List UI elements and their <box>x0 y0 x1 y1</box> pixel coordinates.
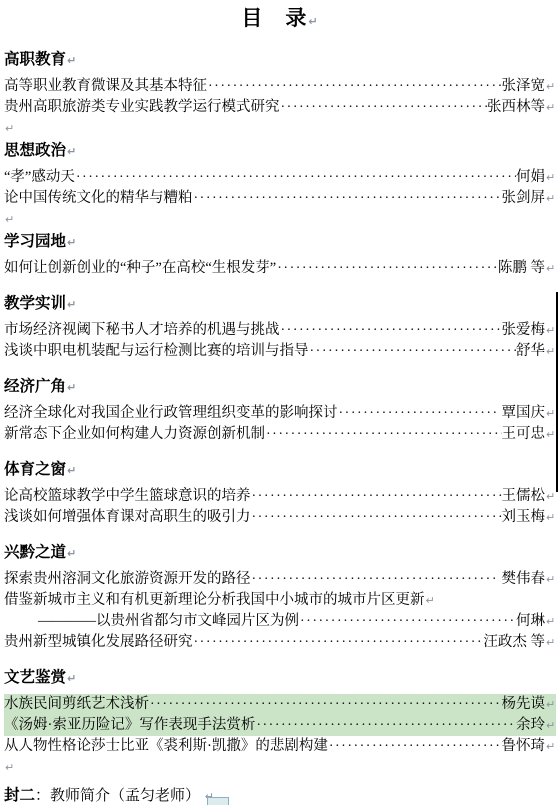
pilcrow-mark: ↵ <box>66 54 76 67</box>
section-heading-label: 教学实训 <box>4 295 66 312</box>
pilcrow-mark: ↵ <box>4 213 14 226</box>
toc-entry: “孝”感动天··································… <box>4 167 556 188</box>
section-heading: 高职教育↵ <box>4 50 556 70</box>
pilcrow-mark: ↵ <box>66 547 76 560</box>
toc-entry: 借鉴新城市主义和有机更新理论分析我国中小城市的城市片区更新↵ <box>4 590 556 611</box>
pilcrow-mark: ↵ <box>545 320 556 341</box>
toc-entry-author: 张爱梅 <box>502 320 546 341</box>
dot-leader: ········································… <box>280 320 502 341</box>
toc-entry: ————以贵州省都匀市文峰园片区为例······················… <box>4 611 556 632</box>
toc-entry-title: 借鉴新城市主义和有机更新理论分析我国中小城市的城市片区更新 <box>4 590 425 611</box>
dot-leader: ········································… <box>276 258 498 279</box>
blank-line: ↵ <box>4 757 556 777</box>
pilcrow-mark: ↵ <box>545 76 556 97</box>
dot-leader: ········································… <box>255 715 516 736</box>
toc-entry-author: 舒华 <box>516 341 545 362</box>
toc-entry-author: 王儒松 <box>502 486 546 507</box>
dot-leader: ········································… <box>193 632 484 653</box>
cover-note-label: 封二 <box>4 787 35 804</box>
toc-entry-author: 杨先谟 <box>502 694 546 715</box>
toc-entry: 市场经济视阈下秘书人才培养的机遇与挑战·····················… <box>4 320 556 341</box>
toc-entry: 探索贵州溶洞文化旅游资源开发的路径·······················… <box>4 569 556 590</box>
toc-entry-title: ————以贵州省都匀市文峰园片区为例 <box>38 611 299 632</box>
pilcrow-mark: ↵ <box>545 403 556 424</box>
toc-entry-title: 探索贵州溶洞文化旅游资源开发的路径 <box>4 569 251 590</box>
dot-leader: ········································… <box>251 486 502 507</box>
toc-entry: 浅谈如何增强体育课对高职生的吸引力·······················… <box>4 507 556 528</box>
dot-leader: ········································… <box>207 76 502 97</box>
toc-entry-title: 如何让创新创业的“种子”在高校“生根发芽” <box>4 258 276 279</box>
section-heading-label: 学习园地 <box>4 233 66 250</box>
pilcrow-mark: ↵ <box>66 381 76 394</box>
toc-entry-author: 鲁怀琦 <box>502 736 546 757</box>
toc-page: 目 录↵ 高职教育↵高等职业教育微课及其基本特征················… <box>0 0 558 805</box>
toc-entry-title: 水族民间剪纸艺术浅析 <box>4 694 149 715</box>
pilcrow-mark: ↵ <box>66 672 76 685</box>
toc-list: 高职教育↵高等职业教育微课及其基本特征·····················… <box>4 50 556 805</box>
section-heading-label: 高职教育 <box>4 51 66 68</box>
toc-entry-author: 张西林等 <box>487 97 545 118</box>
section-heading: 教学实训↵ <box>4 294 556 314</box>
section-heading: 经济广角↵ <box>4 377 556 397</box>
page-title: 目 录↵ <box>4 5 556 35</box>
toc-entry-title: 浅谈如何增强体育课对高职生的吸引力 <box>4 507 251 528</box>
pilcrow-mark: ↵ <box>545 486 556 507</box>
toc-entry-author: 汪政杰 等 <box>483 632 545 653</box>
toc-entry-author: 张泽宽 <box>502 76 546 97</box>
toc-entry-author: 何娟 <box>516 167 545 188</box>
toc-entry-title: 高等职业教育微课及其基本特征 <box>4 76 207 97</box>
pilcrow-mark: ↵ <box>545 569 556 590</box>
pilcrow-mark: ↵ <box>545 341 556 362</box>
pilcrow-mark: ↵ <box>545 188 556 209</box>
toc-entry-author: 何琳 <box>516 611 545 632</box>
dot-leader: ········································… <box>251 569 498 590</box>
dot-leader: ········································… <box>251 507 502 528</box>
pilcrow-mark: ↵ <box>545 715 556 736</box>
pilcrow-mark: ↵ <box>545 258 556 279</box>
toc-entry: 高等职业教育微课及其基本特征··························… <box>4 76 556 97</box>
section-heading-label: 兴黔之道 <box>4 544 66 561</box>
toc-entry-author: 陈鹏 等 <box>498 258 545 279</box>
toc-entry: 水族民间剪纸艺术浅析······························… <box>4 694 556 715</box>
toc-entry-author: 刘玉梅 <box>502 507 546 528</box>
pilcrow-mark: ↵ <box>4 122 14 135</box>
toc-entry: 如何让创新创业的“种子”在高校“生根发芽”···················… <box>4 258 556 279</box>
pilcrow-mark: ↵ <box>66 464 76 477</box>
pilcrow-mark: ↵ <box>545 167 556 188</box>
toc-entry-author: 樊伟春 <box>498 569 545 590</box>
section-heading-label: 思想政治 <box>4 142 66 159</box>
pilcrow-mark: ↵ <box>66 236 76 249</box>
dot-leader: ········································… <box>280 97 488 118</box>
toc-entry-title: 《汤姆·索亚历险记》写作表现手法赏析 <box>4 715 255 736</box>
section-heading-label: 经济广角 <box>4 378 66 395</box>
toc-entry-title: 贵州高职旅游类专业实践教学运行模式研究 <box>4 97 280 118</box>
section-heading: 体育之窗↵ <box>4 460 556 480</box>
dot-leader: ········································… <box>328 736 502 757</box>
toc-entry-title: 新常态下企业如何构建人力资源创新机制 <box>4 424 265 445</box>
section-heading-label: 文艺鉴赏 <box>4 669 66 686</box>
toc-entry: 从人物性格论莎士比亚《裘利斯·凯撒》的悲剧构建·················… <box>4 736 556 757</box>
toc-entry: 贵州新型城镇化发展路径研究···························… <box>4 632 556 653</box>
toc-entry-title: 从人物性格论莎士比亚《裘利斯·凯撒》的悲剧构建 <box>4 736 328 757</box>
pilcrow-mark: ↵ <box>307 15 318 28</box>
pilcrow-mark: ↵ <box>545 611 556 632</box>
dot-leader: ········································… <box>75 167 516 188</box>
toc-entry: 浅谈中职电机装配与运行检测比赛的培训与指导···················… <box>4 341 556 362</box>
dot-leader: ········································… <box>309 341 517 362</box>
toc-entry-author: 张剑屏 <box>502 188 546 209</box>
pilcrow-mark: ↵ <box>545 424 556 445</box>
toc-entry-title: 论中国传统文化的精华与糟粕 <box>4 188 193 209</box>
dot-leader: ········································… <box>149 694 502 715</box>
section-heading: 文艺鉴赏↵ <box>4 668 556 688</box>
toc-entry-title: 贵州新型城镇化发展路径研究 <box>4 632 193 653</box>
pilcrow-mark: ↵ <box>545 694 556 715</box>
blank-line: ↵ <box>4 209 556 229</box>
cover-note: 封二：教师简介（孟匀老师） ↵ <box>4 785 556 805</box>
page-title-text: 目 录 <box>241 6 307 30</box>
cutoff-object-box <box>207 797 229 805</box>
cover-note-text: ：教师简介（孟匀老师） <box>35 788 204 804</box>
toc-entry: 新常态下企业如何构建人力资源创新机制······················… <box>4 424 556 445</box>
pilcrow-mark: ↵ <box>66 298 76 311</box>
toc-entry-author: 王可忠 <box>502 424 546 445</box>
toc-entry: 论中国传统文化的精华与糟粕···························… <box>4 188 556 209</box>
toc-entry: 贵州高职旅游类专业实践教学运行模式研究·····················… <box>4 97 556 118</box>
pilcrow-mark: ↵ <box>66 145 76 158</box>
pilcrow-mark: ↵ <box>545 736 556 757</box>
section-heading: 思想政治↵ <box>4 141 556 161</box>
pilcrow-mark: ↵ <box>425 590 436 611</box>
dot-leader: ········································… <box>265 424 502 445</box>
toc-entry-title: 论高校篮球教学中学生篮球意识的培养 <box>4 486 251 507</box>
toc-entry-title: 经济全球化对我国企业行政管理组织变革的影响探讨 <box>4 403 338 424</box>
dot-leader: ········································… <box>299 611 516 632</box>
dot-leader: ········································… <box>338 403 498 424</box>
toc-entry: 经济全球化对我国企业行政管理组织变革的影响探讨·················… <box>4 403 556 424</box>
dot-leader: ········································… <box>193 188 502 209</box>
toc-entry: 论高校篮球教学中学生篮球意识的培养·······················… <box>4 486 556 507</box>
toc-entry: 《汤姆·索亚历险记》写作表现手法赏析······················… <box>4 715 556 736</box>
blank-line: ↵ <box>4 118 556 138</box>
section-heading-label: 体育之窗 <box>4 461 66 478</box>
toc-entry-author: 余玲 <box>516 715 545 736</box>
toc-entry-title: “孝”感动天 <box>4 167 75 188</box>
pilcrow-mark: ↵ <box>545 632 556 653</box>
toc-entry-title: 市场经济视阈下秘书人才培养的机遇与挑战 <box>4 320 280 341</box>
section-heading: 学习园地↵ <box>4 232 556 252</box>
section-heading: 兴黔之道↵ <box>4 543 556 563</box>
pilcrow-mark: ↵ <box>545 507 556 528</box>
toc-entry-author: 覃国庆 <box>498 403 545 424</box>
pilcrow-mark: ↵ <box>545 97 556 118</box>
pilcrow-mark: ↵ <box>4 761 14 774</box>
toc-entry-title: 浅谈中职电机装配与运行检测比赛的培训与指导 <box>4 341 309 362</box>
